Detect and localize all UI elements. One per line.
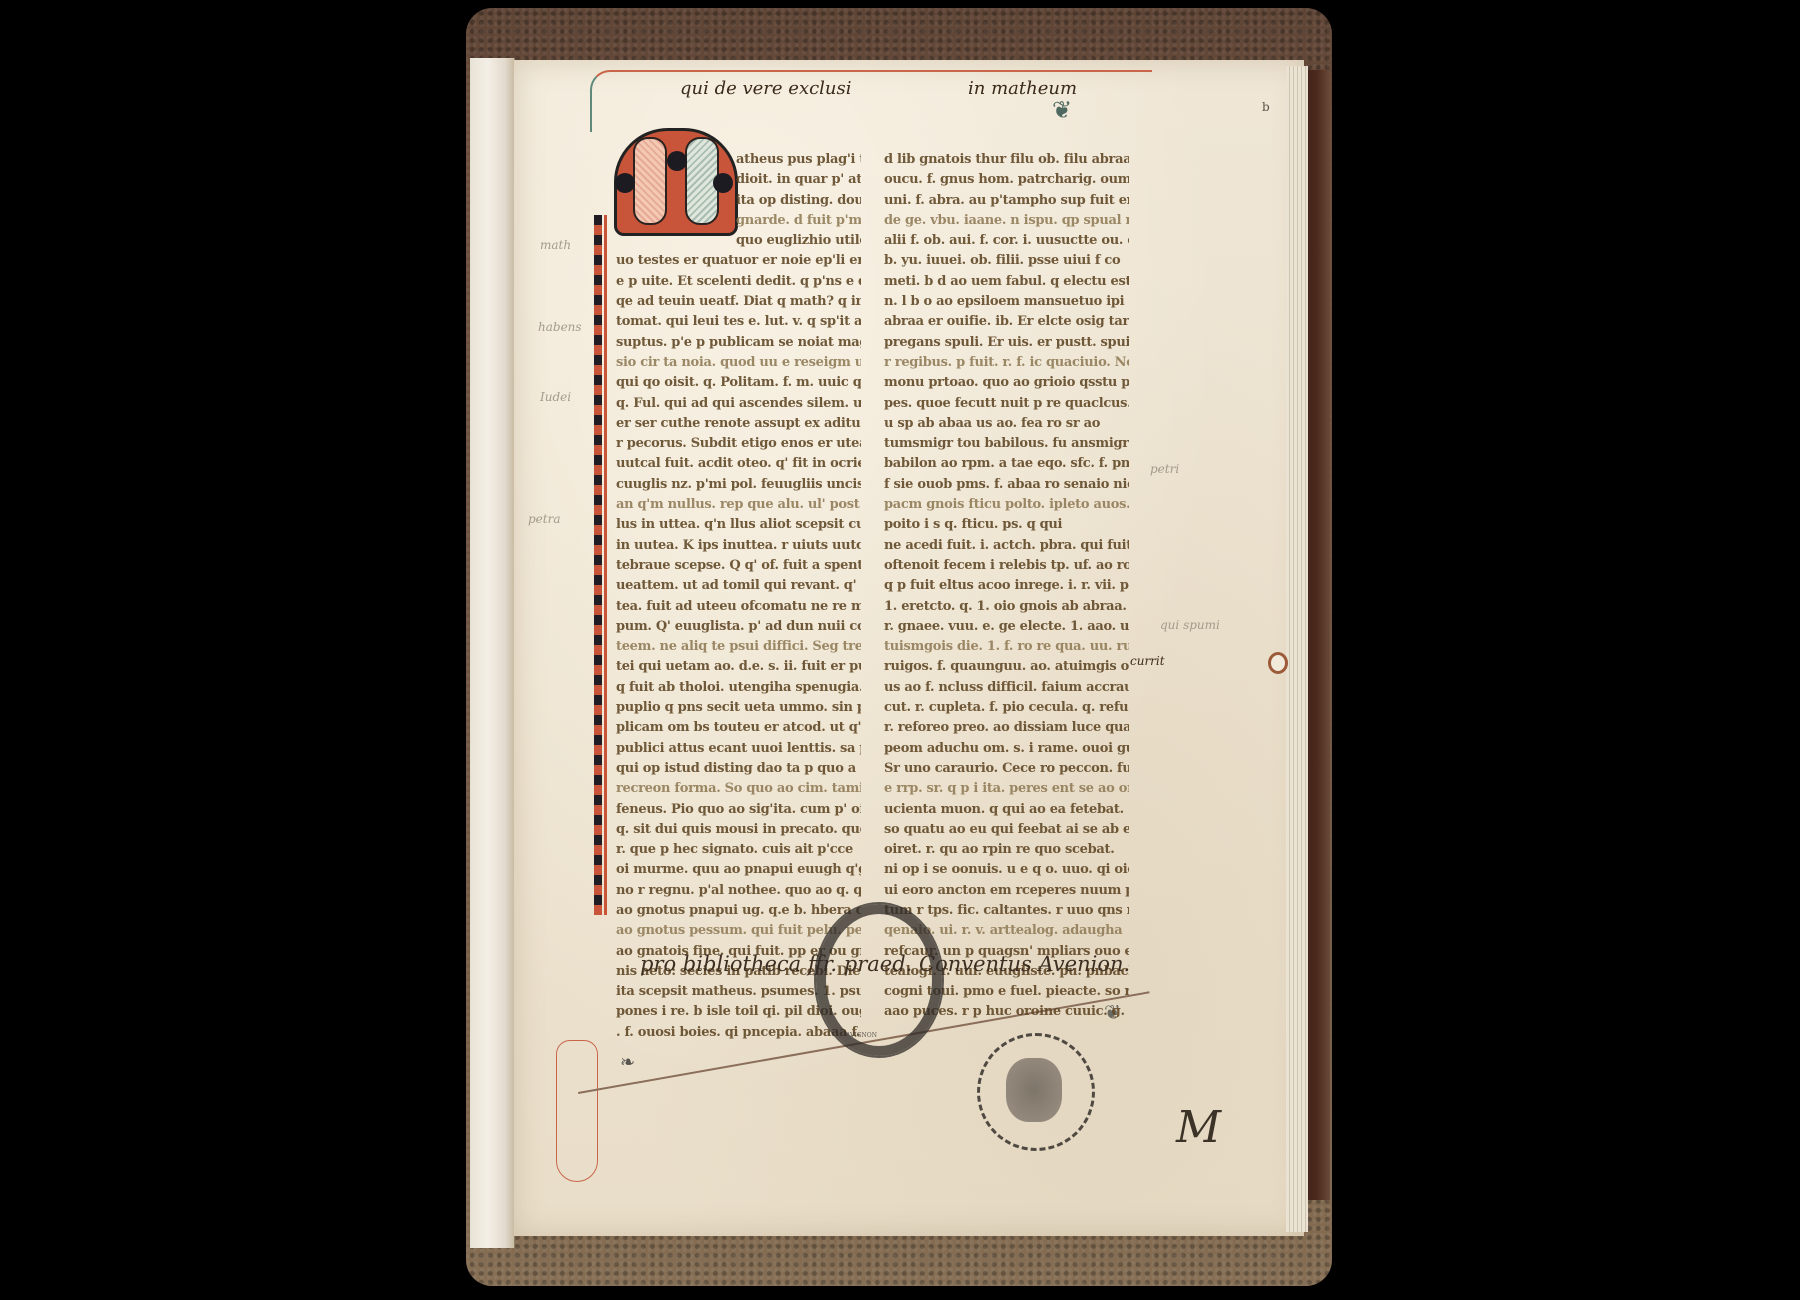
text-line: oucu. f. gnus hom. patrcharig. oumouo: [884, 170, 1129, 190]
text-line: 1. eretcto. q. 1. oio gnois ab abraa. us…: [884, 597, 1129, 617]
text-line: peom aduchu om. s. i rame. ouoi guctu: [884, 739, 1129, 759]
text-line: poito i s q. fticu. ps. q qui: [884, 515, 1129, 535]
text-line: quo euglizhio utile e. actor: [616, 231, 861, 251]
text-line: e p uite. Et scelenti dedit. q p'ns e de…: [616, 272, 861, 292]
text-line: d lib gnatois thur filu ob. filu abraa. …: [884, 150, 1129, 170]
text-column-left: atheus pus plag'i tres predioit. in quar…: [616, 150, 861, 1043]
text-line: dioit. in quar p' atere dexte: [616, 170, 861, 190]
text-line: no r regnu. p'al nothee. quo ao q. quo: [616, 881, 861, 901]
margin-note: petra: [528, 512, 561, 526]
rabbit-drawing-icon: ❧: [620, 1052, 635, 1073]
text-line: tebraue scepse. Q q' of. fuit a spenti t…: [616, 556, 861, 576]
text-line: feneus. Pio quo ao sig'ita. cum p' oimis: [616, 800, 861, 820]
text-line: puplio q pns secit ueta ummo. sin pu: [616, 698, 861, 718]
text-line: pacm gnois fticu polto. ipleto auos.: [884, 495, 1129, 515]
text-line: ne acedi fuit. i. actch. pbra. qui fuit …: [884, 536, 1129, 556]
text-line: cuuglis nz. p'mi pol. feuugliis uncis pm…: [616, 475, 861, 495]
text-line: recreon forma. So quo ao cim. tamis ge: [616, 779, 861, 799]
text-line: Sr uno caraurio. Cece ro peccon. fut ea: [884, 759, 1129, 779]
text-line: qui op istud disting dao ta p quo a: [616, 759, 861, 779]
margin-note: Iudei: [540, 390, 571, 404]
text-line: er ser cuthe renote assupt ex aditu ge: [616, 414, 861, 434]
text-line: tumsmigr tou babilous. fu ansmigre: [884, 434, 1129, 454]
stamp-label: AVIGNON: [846, 1032, 877, 1039]
text-line: r. reforeo preo. ao dissiam luce qualceo: [884, 718, 1129, 738]
red-rule: [604, 215, 607, 915]
spine-guard-strip: [470, 58, 515, 1248]
page-stack-edge: [1286, 66, 1308, 1232]
header-note-left: qui de vere exclusi: [680, 78, 852, 99]
library-stamp-round: [977, 1033, 1095, 1151]
margin-note: habens: [538, 320, 582, 334]
text-line: de ge. vbu. iaane. n ispu. qp spual rece…: [884, 211, 1129, 231]
text-line: oftenoit fecem i relebis tp. uf. ao ro o…: [884, 556, 1129, 576]
margin-note: qui spumi: [1160, 618, 1220, 632]
text-line: tomat. qui leui tes e. lut. v. q sp'it a…: [616, 312, 861, 332]
margin-note: math: [540, 238, 571, 252]
text-line: so quatu ao eu qui feebat ai se ab ex: [884, 820, 1129, 840]
text-line: pregans spuli. Er uis. er pustt. spuiaci: [884, 333, 1129, 353]
text-line: f sie ouob pms. f. abaa ro senaio nio. s: [884, 475, 1129, 495]
stamp-eagle-emblem: [1006, 1058, 1062, 1122]
text-line: an q'm nullus. rep que alu. ul' post que…: [616, 495, 861, 515]
text-line: teem. ne aliq te psui diffici. Seg tres …: [616, 637, 861, 657]
text-line: ita op disting. douit in: [616, 191, 861, 211]
text-line: q. Ful. qui ad qui ascendes silem. ua: [616, 394, 861, 414]
text-line: pum. Q' euuglista. p' ad dun nuii comta: [616, 617, 861, 637]
text-line: tum r tps. fic. caltantes. r uuo qns nuu: [884, 901, 1129, 921]
text-line: qe ad teuin ueatf. Diat q math? q inpiti…: [616, 292, 861, 312]
text-line: us ao f. ncluss difficil. faium accraum: [884, 678, 1129, 698]
text-line: in uutea. K ips inuttea. r uiuts uutcauc: [616, 536, 861, 556]
initial-descender-border: [594, 215, 602, 915]
folio-mark: b: [1262, 100, 1270, 114]
text-line: monu prtoao. quo ao grioio qsstu p. rlu: [884, 373, 1129, 393]
text-line: q p fuit eltus acoo inrege. i. r. vii. p…: [884, 576, 1129, 596]
text-line: ao gnotus pnapui ug. q.e b. hbera ou.: [616, 901, 861, 921]
text-line: oi murme. quu ao pnapui euugh q'gn: [616, 860, 861, 880]
text-line: r. que p hec signato. cuis ait p'cce: [616, 840, 861, 860]
text-line: ui eoro ancton em rceperes nuum pen: [884, 881, 1129, 901]
parchment-hole: [1268, 652, 1288, 674]
text-line: meti. b d ao uem fabul. q electu est in …: [884, 272, 1129, 292]
text-column-right: d lib gnatois thur filu ob. filu abraa. …: [884, 150, 1129, 1023]
text-line: ruigos. f. quaunguu. ao. atuimgis ote: [884, 657, 1129, 677]
text-line: uo testes er quatuor er noie ep'li er cu…: [616, 251, 861, 271]
text-line: publici attus ecant uuoi lenttis. sa p: [616, 739, 861, 759]
text-line: sio cir ta noia. quod uu e reseigm ualte: [616, 353, 861, 373]
text-line: suptus. p'e p publicam se noiat magis. u: [616, 333, 861, 353]
text-line: tea. fuit ad uteeu ofcomatu ne re ma cef: [616, 597, 861, 617]
text-line: tei qui uetam ao. d.e. s. ii. fuit er pu: [616, 657, 861, 677]
library-stamp-oval: AVIGNON: [814, 902, 944, 1058]
text-line: atheus pus plag'i tres pre: [616, 150, 861, 170]
text-line: q fuit ab tholoi. utengiha spenugia. rta: [616, 678, 861, 698]
text-line: r regibus. p fuit. r. f. ic quaciuio. No…: [884, 353, 1129, 373]
text-line: b. yu. iuuei. ob. filii. psse uiui f co: [884, 251, 1129, 271]
text-line: tuismgois die. 1. f. ro re qua. uu. ruu.: [884, 637, 1129, 657]
margin-note: currit: [1130, 654, 1165, 668]
text-line: n. l b o ao epsiloem mansuetuo ipi ob. s: [884, 292, 1129, 312]
text-line: gnarde. d fuit p'mitur ibi: [616, 211, 861, 231]
margin-note: petri: [1150, 462, 1179, 476]
text-line: abraa er ouifie. ib. Er elcte osig tar: [884, 312, 1129, 332]
text-line: u sp ab abaa us ao. fea ro sr ao: [884, 414, 1129, 434]
text-line: e rrp. sr. q p i ita. peres ent se ao on…: [884, 779, 1129, 799]
text-line: cut. r. cupleta. f. pio cecula. q. refu …: [884, 698, 1129, 718]
text-line: alii f. ob. aui. f. cor. i. uusuctte ou.…: [884, 231, 1129, 251]
text-line: r pecorus. Subdit etigo enos er utea. q: [616, 434, 861, 454]
bottom-signature: M: [1176, 1102, 1221, 1153]
text-line: ueattem. ut ad tomil qui revant. q' er t…: [616, 576, 861, 596]
text-line: qui qo oisit. q. Politam. f. m. uuic qui…: [616, 373, 861, 393]
bottom-penwork-loop: [556, 1040, 598, 1182]
text-line: q. sit dui quis mousi in precato. que hu…: [616, 820, 861, 840]
text-line: ucienta muon. q qui ao ea fetebat.: [884, 800, 1129, 820]
text-line: lus in uttea. q'n llus aliot scepsit cuu…: [616, 515, 861, 535]
text-line: ni op i se oonuis. u e q o. uuo. qi oica…: [884, 860, 1129, 880]
text-line: uni. f. abra. au p'tampho sup fuit er ma…: [884, 191, 1129, 211]
text-line: . f. ouosi boies. qi pncepia. abaaa f. e…: [616, 1023, 861, 1043]
text-line: babilon ao rpm. a tae eqo. sfc. f. pni: [884, 454, 1129, 474]
text-line: oiret. r. qu ao rpin re quo scebat.: [884, 840, 1129, 860]
text-line: uutcal fuit. acdit oteo. q' fit in ocrie…: [616, 454, 861, 474]
text-line: pes. quoe fecutt nuit p re quaclcus. d: [884, 394, 1129, 414]
bird-drawing-icon: ❦: [1052, 96, 1072, 124]
text-line: plicam om bs touteu er atcod. ut q'n: [616, 718, 861, 738]
text-line: r. gnaee. vuu. e. ge electe. 1. aao. us.…: [884, 617, 1129, 637]
